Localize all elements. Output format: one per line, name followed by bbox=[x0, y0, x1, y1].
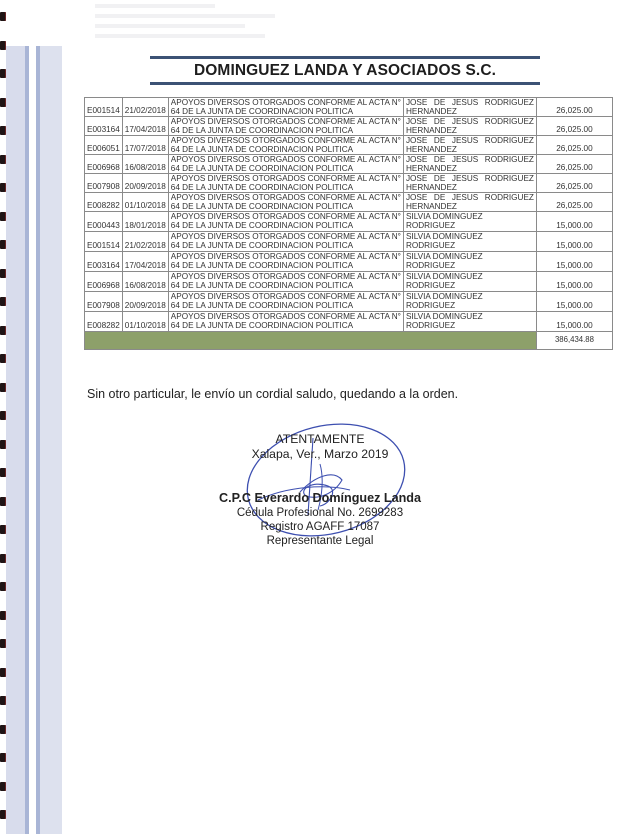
beneficiary-cell: JOSEDEJESUSRODRIGUEZHERNANDEZ bbox=[403, 136, 536, 155]
header-rule-bottom bbox=[150, 82, 540, 85]
beneficiary-cell: JOSEDEJESUSRODRIGUEZHERNANDEZ bbox=[403, 193, 536, 212]
beneficiary-word: JESUS bbox=[452, 193, 478, 202]
beneficiary-word: RODRIGUEZ bbox=[485, 117, 534, 126]
table-row: E00151421/02/2018APOYOS DIVERSOS OTORGAD… bbox=[85, 232, 613, 252]
concept-line-1: APOYOS DIVERSOS OTORGADOS CONFORME AL AC… bbox=[171, 252, 401, 261]
concept-line-1: APOYOS DIVERSOS OTORGADOS CONFORME AL AC… bbox=[171, 98, 401, 107]
table-row: E00828201/10/2018APOYOS DIVERSOS OTORGAD… bbox=[85, 193, 613, 212]
beneficiary-word: JOSE bbox=[406, 174, 427, 183]
signatory-name: C.P.C Everardo Domínguez Landa bbox=[200, 491, 440, 506]
date-cell: 17/07/2018 bbox=[122, 136, 168, 155]
amount-cell: 15,000.00 bbox=[536, 292, 612, 312]
folio-cell: E007908 bbox=[85, 174, 123, 193]
amount-cell: 26,025.00 bbox=[536, 174, 612, 193]
agaff-registry: Registro AGAFF 17087 bbox=[200, 520, 440, 534]
date-cell: 17/04/2018 bbox=[122, 117, 168, 136]
salutation: ATENTAMENTE bbox=[200, 432, 440, 447]
beneficiary-line-1: JOSEDEJESUSRODRIGUEZ bbox=[406, 136, 534, 145]
table-row: E00790820/09/2018APOYOS DIVERSOS OTORGAD… bbox=[85, 292, 613, 312]
folio-cell: E003164 bbox=[85, 252, 123, 272]
letterhead: DOMINGUEZ LANDA Y ASOCIADOS S.C. bbox=[150, 56, 540, 85]
beneficiary-word: DE bbox=[434, 136, 445, 145]
beneficiary-cell: SILVIA DOMINGUEZ RODRIGUEZ bbox=[403, 312, 536, 332]
table-row: E00316417/04/2018APOYOS DIVERSOS OTORGAD… bbox=[85, 252, 613, 272]
concept-cell: APOYOS DIVERSOS OTORGADOS CONFORME AL AC… bbox=[168, 212, 403, 232]
concept-cell: APOYOS DIVERSOS OTORGADOS CONFORME AL AC… bbox=[168, 155, 403, 174]
beneficiary-line-2: HERNANDEZ bbox=[406, 202, 534, 211]
date-cell: 21/02/2018 bbox=[122, 98, 168, 117]
binding-strip-right bbox=[40, 46, 62, 834]
concept-line-2: 64 DE LA JUNTA DE COORDINACION POLITICA bbox=[171, 221, 401, 230]
concept-line-1: APOYOS DIVERSOS OTORGADOS CONFORME AL AC… bbox=[171, 292, 401, 301]
beneficiary-line-2: HERNANDEZ bbox=[406, 126, 534, 135]
concept-line-2: 64 DE LA JUNTA DE COORDINACION POLITICA bbox=[171, 321, 401, 330]
concept-line-2: 64 DE LA JUNTA DE COORDINACION POLITICA bbox=[171, 107, 401, 116]
folio-cell: E007908 bbox=[85, 292, 123, 312]
beneficiary-word: DE bbox=[434, 155, 445, 164]
concept-line-1: APOYOS DIVERSOS OTORGADOS CONFORME AL AC… bbox=[171, 155, 401, 164]
beneficiary-word: JOSE bbox=[406, 136, 427, 145]
amount-cell: 26,025.00 bbox=[536, 193, 612, 212]
professional-license: Cédula Profesional No. 2699283 bbox=[200, 506, 440, 520]
beneficiary-word: JESUS bbox=[452, 117, 478, 126]
concept-cell: APOYOS DIVERSOS OTORGADOS CONFORME AL AC… bbox=[168, 117, 403, 136]
bleed-through-text bbox=[95, 4, 295, 54]
folio-cell: E006051 bbox=[85, 136, 123, 155]
beneficiary-line-1: JOSEDEJESUSRODRIGUEZ bbox=[406, 193, 534, 202]
beneficiary-word: DE bbox=[434, 193, 445, 202]
amount-cell: 26,025.00 bbox=[536, 117, 612, 136]
table-row: E00828201/10/2018APOYOS DIVERSOS OTORGAD… bbox=[85, 312, 613, 332]
beneficiary-cell: SILVIA DOMINGUEZ RODRIGUEZ bbox=[403, 232, 536, 252]
concept-cell: APOYOS DIVERSOS OTORGADOS CONFORME AL AC… bbox=[168, 272, 403, 292]
concept-line-1: APOYOS DIVERSOS OTORGADOS CONFORME AL AC… bbox=[171, 272, 401, 281]
folio-cell: E000443 bbox=[85, 212, 123, 232]
concept-cell: APOYOS DIVERSOS OTORGADOS CONFORME AL AC… bbox=[168, 136, 403, 155]
folio-cell: E001514 bbox=[85, 98, 123, 117]
concept-line-1: APOYOS DIVERSOS OTORGADOS CONFORME AL AC… bbox=[171, 193, 401, 202]
amount-cell: 15,000.00 bbox=[536, 212, 612, 232]
amount-cell: 15,000.00 bbox=[536, 312, 612, 332]
date-cell: 01/10/2018 bbox=[122, 312, 168, 332]
beneficiary-line-1: JOSEDEJESUSRODRIGUEZ bbox=[406, 155, 534, 164]
total-fill bbox=[85, 332, 537, 350]
amount-cell: 26,025.00 bbox=[536, 155, 612, 174]
beneficiary-line-1: JOSEDEJESUSRODRIGUEZ bbox=[406, 98, 534, 107]
date-cell: 20/09/2018 bbox=[122, 292, 168, 312]
folio-cell: E006968 bbox=[85, 272, 123, 292]
amount-cell: 26,025.00 bbox=[536, 136, 612, 155]
beneficiary-word: DE bbox=[434, 174, 445, 183]
signature-block: ATENTAMENTE Xalapa, Ver., Marzo 2019 C.P… bbox=[200, 432, 440, 548]
beneficiary-cell: SILVIA DOMINGUEZ RODRIGUEZ bbox=[403, 252, 536, 272]
concept-line-2: 64 DE LA JUNTA DE COORDINACION POLITICA bbox=[171, 301, 401, 310]
total-row: 386,434.88 bbox=[85, 332, 613, 350]
table-row: E00790820/09/2018APOYOS DIVERSOS OTORGAD… bbox=[85, 174, 613, 193]
binding-strip-edge bbox=[25, 46, 29, 834]
beneficiary-word: DE bbox=[434, 98, 445, 107]
concept-line-2: 64 DE LA JUNTA DE COORDINACION POLITICA bbox=[171, 241, 401, 250]
date-cell: 17/04/2018 bbox=[122, 252, 168, 272]
table-row: E00696816/08/2018APOYOS DIVERSOS OTORGAD… bbox=[85, 155, 613, 174]
concept-line-1: APOYOS DIVERSOS OTORGADOS CONFORME AL AC… bbox=[171, 212, 401, 221]
date-cell: 16/08/2018 bbox=[122, 155, 168, 174]
date-cell: 18/01/2018 bbox=[122, 212, 168, 232]
folio-cell: E003164 bbox=[85, 117, 123, 136]
beneficiary-cell: JOSEDEJESUSRODRIGUEZHERNANDEZ bbox=[403, 98, 536, 117]
beneficiary-word: DE bbox=[434, 117, 445, 126]
amount-cell: 15,000.00 bbox=[536, 232, 612, 252]
table-row: E00605117/07/2018APOYOS DIVERSOS OTORGAD… bbox=[85, 136, 613, 155]
beneficiary-word: JOSE bbox=[406, 193, 427, 202]
concept-line-2: 64 DE LA JUNTA DE COORDINACION POLITICA bbox=[171, 126, 401, 135]
beneficiary-cell: SILVIA DOMINGUEZ RODRIGUEZ bbox=[403, 272, 536, 292]
table-row: E00151421/02/2018APOYOS DIVERSOS OTORGAD… bbox=[85, 98, 613, 117]
beneficiary-word: JESUS bbox=[452, 136, 478, 145]
binder-ring-icon bbox=[0, 12, 6, 21]
company-name: DOMINGUEZ LANDA Y ASOCIADOS S.C. bbox=[150, 59, 540, 82]
beneficiary-line-1: JOSEDEJESUSRODRIGUEZ bbox=[406, 117, 534, 126]
concept-line-1: APOYOS DIVERSOS OTORGADOS CONFORME AL AC… bbox=[171, 117, 401, 126]
concept-line-2: 64 DE LA JUNTA DE COORDINACION POLITICA bbox=[171, 261, 401, 270]
beneficiary-cell: JOSEDEJESUSRODRIGUEZHERNANDEZ bbox=[403, 117, 536, 136]
concept-cell: APOYOS DIVERSOS OTORGADOS CONFORME AL AC… bbox=[168, 174, 403, 193]
beneficiary-word: RODRIGUEZ bbox=[485, 155, 534, 164]
concept-cell: APOYOS DIVERSOS OTORGADOS CONFORME AL AC… bbox=[168, 312, 403, 332]
concept-line-2: 64 DE LA JUNTA DE COORDINACION POLITICA bbox=[171, 145, 401, 154]
amount-cell: 15,000.00 bbox=[536, 252, 612, 272]
beneficiary-word: JOSE bbox=[406, 117, 427, 126]
signatory-role: Representante Legal bbox=[200, 534, 440, 548]
concept-cell: APOYOS DIVERSOS OTORGADOS CONFORME AL AC… bbox=[168, 232, 403, 252]
beneficiary-cell: SILVIA DOMINGUEZ RODRIGUEZ bbox=[403, 212, 536, 232]
date-cell: 01/10/2018 bbox=[122, 193, 168, 212]
beneficiary-word: JESUS bbox=[452, 155, 478, 164]
beneficiary-word: RODRIGUEZ bbox=[485, 98, 534, 107]
beneficiary-cell: JOSEDEJESUSRODRIGUEZHERNANDEZ bbox=[403, 174, 536, 193]
concept-cell: APOYOS DIVERSOS OTORGADOS CONFORME AL AC… bbox=[168, 193, 403, 212]
place-date: Xalapa, Ver., Marzo 2019 bbox=[200, 447, 440, 462]
concept-line-2: 64 DE LA JUNTA DE COORDINACION POLITICA bbox=[171, 183, 401, 192]
concept-line-1: APOYOS DIVERSOS OTORGADOS CONFORME AL AC… bbox=[171, 312, 401, 321]
binding-strip-left bbox=[6, 46, 25, 834]
concept-line-1: APOYOS DIVERSOS OTORGADOS CONFORME AL AC… bbox=[171, 174, 401, 183]
amount-cell: 26,025.00 bbox=[536, 98, 612, 117]
date-cell: 20/09/2018 bbox=[122, 174, 168, 193]
payments-table: E00151421/02/2018APOYOS DIVERSOS OTORGAD… bbox=[84, 97, 613, 350]
date-cell: 21/02/2018 bbox=[122, 232, 168, 252]
date-cell: 16/08/2018 bbox=[122, 272, 168, 292]
beneficiary-word: JESUS bbox=[452, 174, 478, 183]
beneficiary-line-1: JOSEDEJESUSRODRIGUEZ bbox=[406, 174, 534, 183]
table-row: E00696816/08/2018APOYOS DIVERSOS OTORGAD… bbox=[85, 272, 613, 292]
amount-cell: 15,000.00 bbox=[536, 272, 612, 292]
concept-cell: APOYOS DIVERSOS OTORGADOS CONFORME AL AC… bbox=[168, 252, 403, 272]
folio-cell: E008282 bbox=[85, 193, 123, 212]
concept-cell: APOYOS DIVERSOS OTORGADOS CONFORME AL AC… bbox=[168, 292, 403, 312]
beneficiary-word: RODRIGUEZ bbox=[485, 174, 534, 183]
beneficiary-word: JOSE bbox=[406, 98, 427, 107]
beneficiary-cell: JOSEDEJESUSRODRIGUEZHERNANDEZ bbox=[403, 155, 536, 174]
total-amount: 386,434.88 bbox=[536, 332, 612, 350]
concept-line-2: 64 DE LA JUNTA DE COORDINACION POLITICA bbox=[171, 164, 401, 173]
concept-line-1: APOYOS DIVERSOS OTORGADOS CONFORME AL AC… bbox=[171, 232, 401, 241]
concept-line-2: 64 DE LA JUNTA DE COORDINACION POLITICA bbox=[171, 281, 401, 290]
beneficiary-line-2: HERNANDEZ bbox=[406, 164, 534, 173]
beneficiary-word: RODRIGUEZ bbox=[485, 136, 534, 145]
closing-paragraph: Sin otro particular, le envío un cordial… bbox=[87, 387, 458, 401]
concept-line-1: APOYOS DIVERSOS OTORGADOS CONFORME AL AC… bbox=[171, 136, 401, 145]
beneficiary-line-2: HERNANDEZ bbox=[406, 145, 534, 154]
beneficiary-word: JESUS bbox=[452, 98, 478, 107]
folio-cell: E001514 bbox=[85, 232, 123, 252]
beneficiary-line-2: HERNANDEZ bbox=[406, 107, 534, 116]
concept-line-2: 64 DE LA JUNTA DE COORDINACION POLITICA bbox=[171, 202, 401, 211]
beneficiary-line-2: HERNANDEZ bbox=[406, 183, 534, 192]
beneficiary-cell: SILVIA DOMINGUEZ RODRIGUEZ bbox=[403, 292, 536, 312]
folio-cell: E008282 bbox=[85, 312, 123, 332]
beneficiary-word: JOSE bbox=[406, 155, 427, 164]
concept-cell: APOYOS DIVERSOS OTORGADOS CONFORME AL AC… bbox=[168, 98, 403, 117]
table-row: E00316417/04/2018APOYOS DIVERSOS OTORGAD… bbox=[85, 117, 613, 136]
folio-cell: E006968 bbox=[85, 155, 123, 174]
beneficiary-word: RODRIGUEZ bbox=[485, 193, 534, 202]
table-row: E00044318/01/2018APOYOS DIVERSOS OTORGAD… bbox=[85, 212, 613, 232]
